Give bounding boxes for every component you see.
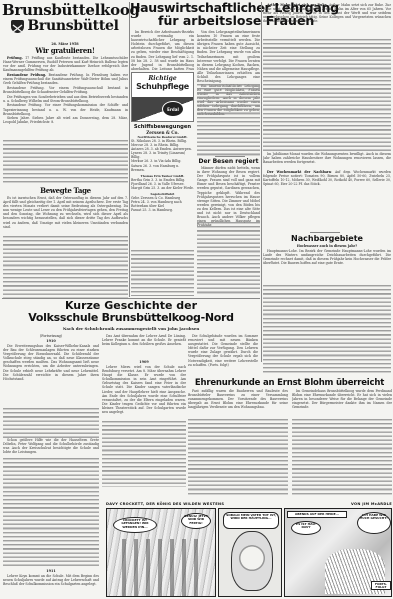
ad-brand-line2: Schuhpflege: [132, 82, 193, 91]
headline-volksschule-2: Volksschule Brunsbüttelkoog-Nord: [2, 312, 260, 324]
ad-brand-line1: Richtige: [132, 75, 193, 82]
section-title-gratulieren: Wir gratulieren!: [2, 46, 128, 55]
article-lehrgang-col1: Im Bereich der Arbeitsamts-Bezirks wurde…: [131, 30, 194, 70]
nachbargebiete-subtitle: Hochwasser auch in diesem Jahr?: [263, 244, 391, 248]
headline-besen: Der Besen regiert: [197, 158, 260, 165]
ad-product-logo: Erdal: [162, 101, 184, 117]
volksschule-fortsetzung: (Fortsetzung): [3, 334, 99, 338]
article-ehrenurkunde-col2: Im Gemeindehaus Brunsbüttelkoog wurde de…: [292, 389, 392, 419]
coat-of-arms-icon: [11, 20, 24, 33]
masthead-title-1: Brunsbüttelkoog: [2, 2, 128, 18]
shipping-row: Lyness 28. 3. in Trinity (Linaesm) Billi…: [131, 151, 194, 159]
year-heading-1911: 1911: [3, 569, 99, 573]
article-nachbargebiete: Hauptmanns-Lohe. Im Bezirk der Gemeinde …: [263, 249, 391, 285]
ehrenurkunde-filler-2: [292, 419, 392, 497]
shipping-footer-filler: [131, 250, 194, 296]
headline-bewegte-tage: Bewegte Tage: [3, 186, 128, 195]
comic-panel-1: CROCKETT IST GEFANGEN! WIR WERDEN IHN...…: [106, 508, 216, 597]
comic-title-right: VON JIM McARDLE: [320, 502, 392, 506]
article-arthur-mahn: Arthur Mahn setzt sich zur Ruhe. Arthur …: [263, 3, 391, 39]
headline-ehrenurkunde: Ehrenurkunde an Ernst Blohm überreicht: [186, 378, 393, 388]
article-jubilaeum: Im Jubiläums-Monat wurden die Wohnungsre…: [263, 152, 391, 168]
article-volksschule-mid-b: Lehrer Mieru wird von der Schule nach Re…: [102, 365, 186, 421]
masthead: Brunsbüttelkoog Brunsbüttel: [2, 2, 128, 42]
speech-bubble: CROCKETT IST GEFANGEN! WIR WERDEN IHN...: [113, 517, 157, 533]
nachbargebiete-filler: [263, 285, 391, 375]
article-wochenmarkt: Der Wochenmarkt der Nachbarn: Auf dem Wo…: [263, 170, 391, 212]
article-volksschule-mid-a: Das Amt übernahm der Lehrer Arnd De Lüni…: [102, 334, 186, 358]
shipping-row: Petra 24. 3. von Hamburg nach Rotterdam …: [131, 200, 194, 208]
volksschule-filler-1: [3, 408, 99, 438]
masthead-title-2: Brunsbüttel: [27, 18, 118, 34]
article-bewegte-tage: Es ist inzwischen Ernst, daß der Osterau…: [3, 196, 128, 236]
volksschule-subtitle: Nach der Schulchronik zusammengestellt v…: [2, 326, 260, 331]
comic-figures: [122, 539, 202, 597]
bewegte-text-filler: [3, 236, 128, 298]
article-ehrenurkunde-col1: Fast zufällig waren die Bauherren und Ba…: [188, 389, 288, 419]
lehrgang-col2-filler: [197, 84, 260, 156]
speech-bubble: ES IST HALT DAVY: [291, 521, 321, 535]
year-heading-1909: 1909: [102, 360, 186, 364]
volksschule-filler-2: [3, 458, 99, 566]
congrats-text-filler: [3, 140, 128, 184]
shipping-row: Margit Grin 25. 3. an der Kieler Förde.: [131, 186, 194, 190]
headline-nachbargebiete: Nachbargebiete: [263, 234, 391, 243]
article-volksschule-1910b: Schon größere Hilfe wie die der Hauselte…: [3, 438, 99, 458]
article-volksschule-right: Die Schulgebäude wurden im Sommer renovi…: [188, 334, 258, 374]
caption-box: ABENDS AUF DER HEIDE...: [287, 511, 347, 518]
besen-text-filler: [197, 222, 260, 296]
article-volksschule-1910: Die Erweiterungsbau des Kaiser-Wilhelm-K…: [3, 344, 99, 408]
speech-bubble: ICH HABE WIR EUCH GESUCHT!: [357, 512, 391, 534]
ehrenurkunde-filler-1: [188, 419, 288, 497]
volksschule-filler-3: [102, 421, 186, 487]
shipping-row: Passat 25. 3. in Hamburg.: [131, 208, 194, 212]
year-heading-1910: 1910: [3, 339, 99, 343]
speech-bubble: GENUG! JETZT SIND WIR FERTIG!: [181, 513, 211, 529]
caption-box: FORTS. FOLGT: [371, 581, 391, 590]
comic-title-left: DAVY CROCKETT, DER KÖNIG DES WILDEN WEST…: [106, 502, 256, 506]
comic-panel-3: ABENDS AUF DER HEIDE... ES IST HALT DAVY…: [284, 508, 392, 597]
right-col-filler-1: [263, 39, 391, 151]
article-volksschule-1911: Lehrer Koyn kommt an die Schule. Mit dem…: [3, 574, 99, 598]
advertisement-schuhpflege: Richtige Schuhpflege Erdal: [131, 72, 194, 122]
comic-face: [231, 531, 273, 591]
speech-bubble: SOBALD MEIN VATER TOT IST, WIRD DER HÄUP…: [223, 512, 279, 529]
shipping-row: Saturn 26. 3. von Hamburg n. Bremen.: [131, 164, 194, 172]
comic-panel-2: SOBALD MEIN VATER TOT IST, WIRD DER HÄUP…: [218, 508, 282, 597]
article-besen: Männer dürfen nicht betteln, wenn in ihr…: [197, 166, 260, 226]
